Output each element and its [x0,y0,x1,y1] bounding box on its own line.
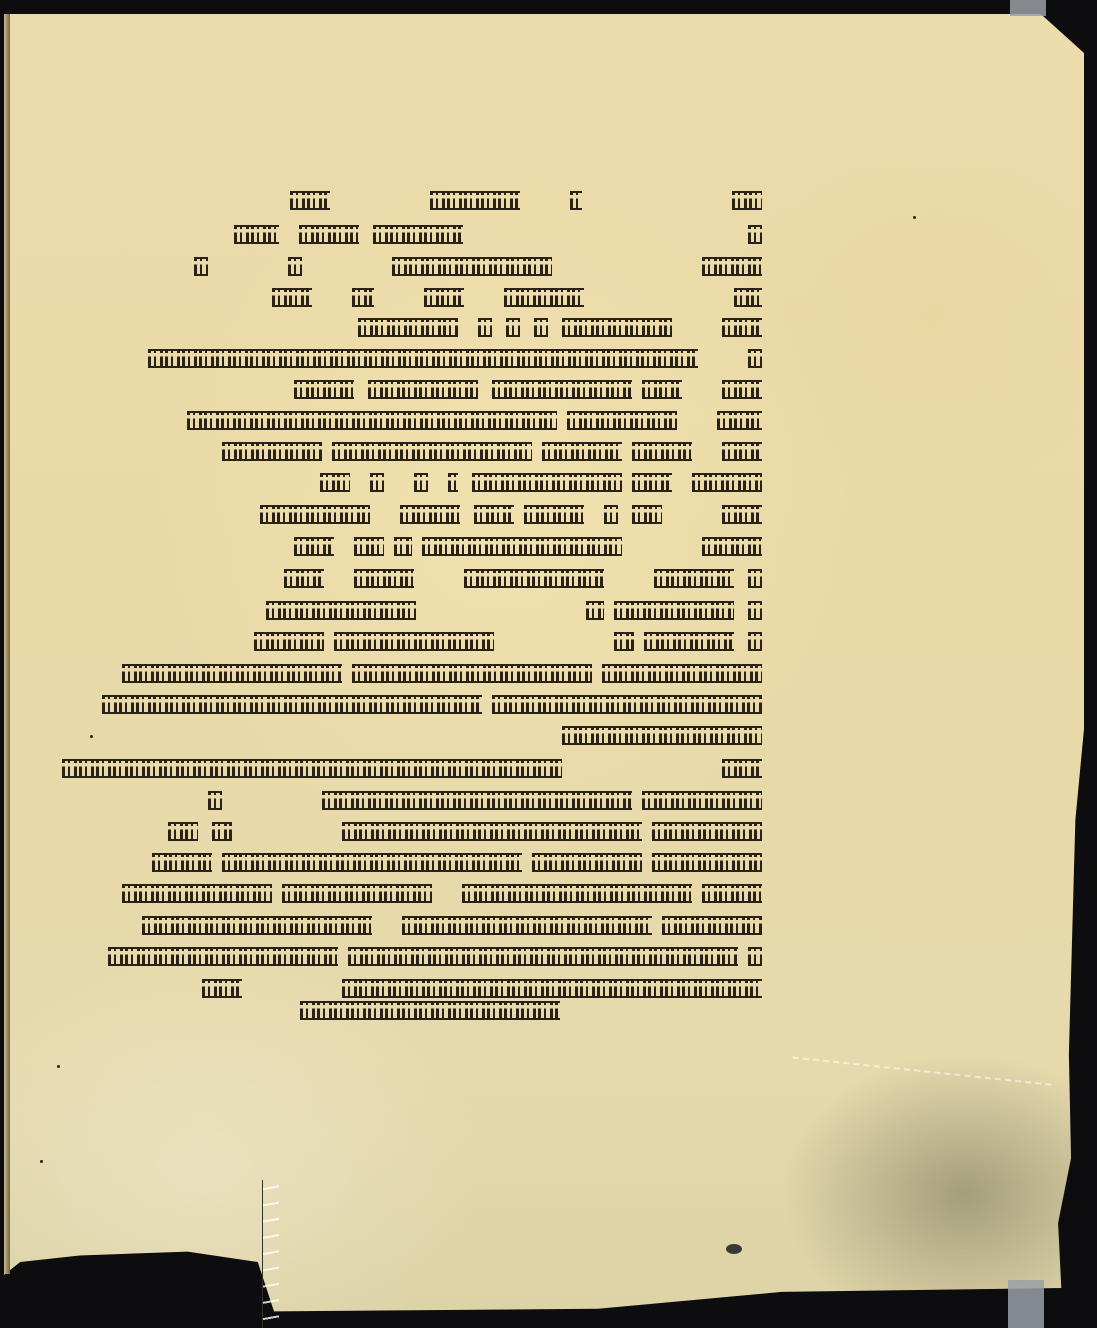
text-word: ࠀࠀ [234,225,279,244]
text-word: ࠐࠌࠄࠑ [504,288,584,307]
margin-dot [913,216,916,219]
text-line: ࠉࠄࠀࠋࠎࠋࠑࠑࠄࠔࠔࠀࠄࠑࠄࠑࠎࠔࠉࠄࠉࠀࠉ [122,660,762,686]
text-word: ࠑ [586,601,604,620]
text-line: ࠅࠄࠉࠀࠐࠄࠋࠄࠉࠐࠌࠍࠑ [194,253,762,279]
text-word: ࠎ [394,537,412,556]
mounting-tape-bottom [1008,1280,1044,1328]
text-word: ࠔࠋࠀࠉ [222,442,322,461]
text-line: ࠑࠔࠉࠋࠎࠀࠑࠋࠉࠐࠑࠋࠉࠄࠑࠉࠋࠉࠎࠑࠎࠋ [122,880,762,906]
text-word: ࠀࠁ [732,191,762,210]
text-word: ࠑࠋ [424,288,464,307]
margin-dot [57,1065,60,1068]
text-word: ࠄࠏࠀࠉࠑࠑࠉࠔࠐࠎ [102,695,482,714]
text-word: ࠐࠀࠄࠐࠎ [652,853,762,872]
text-word: ࠀ [748,947,762,966]
text-word: ࠀࠀࠉࠔࠐࠀࠋࠎ [464,569,604,588]
text-word: ࠑࠉ [632,473,672,492]
text-word: ࠀࠉࠐࠋ [662,916,762,935]
text-line: ࠐࠀࠄࠐࠎࠀࠋࠉࠄࠑࠉࠎࠄࠀࠉࠎࠑࠄࠐࠄࠐࠑࠔࠑ [152,849,762,875]
text-line: ࠉࠋࠉࠄࠉࠑࠉࠋࠋࠏࠎࠑ [300,997,560,1023]
text-word: ࠋ [614,632,634,651]
text-word: ࠀ [748,225,762,244]
text-line: ࠐࠄࠋࠉࠀࠐࠋࠐࠋࠄࠄࠔࠐࠀࠋࠀࠀࠉࠀ [254,628,762,654]
text-word: ࠉࠎࠔ [400,505,460,524]
text-word: ࠉࠔࠑࠀࠉ [260,505,370,524]
text-word: ࠀࠌࠔࠐࠀ [430,191,520,210]
text-word: ࠀࠀ [284,569,324,588]
text-word: ࠔ [448,473,458,492]
text-word: ࠔࠏࠌࠉ [373,225,463,244]
text-word: ࠀ [570,191,582,210]
text-word: ࠉࠄࠀࠑࠑࠀࠉࠀࠋࠉࠉ [402,916,652,935]
text-word: ࠋࠀ [202,979,242,998]
text-line: ࠉࠔࠐࠀࠋࠎࠀࠑࠐࠄࠀࠉࠎࠋࠑ [266,597,762,623]
text-word: ࠑࠋ [474,505,514,524]
text-word: ࠉࠐ [354,537,384,556]
text-word: ࠔࠐࠀࠋ [654,569,734,588]
text-word: ࠋࠄ [294,537,334,556]
text-line: ࠉࠔࠑࠎࠀࠑࠀࠀࠉࠔࠐࠀࠑࠄࠉࠏ [148,345,762,371]
text-line: ࠀࠔࠏࠌࠉࠑࠄࠀࠀࠀ [234,221,762,247]
text-word: ࠉࠄࠀࠋࠎࠋࠑ [602,664,762,683]
text-word: ࠀࠎ [272,288,312,307]
text-line: ࠉࠄࠀࠋࠀࠋࠑࠔࠑࠉࠀࠀࠋࠎࠐࠐ [62,755,762,781]
text-word: ࠉࠉࠉ [524,505,584,524]
text-word: ࠉࠎࠎࠉࠀ [652,822,762,841]
text-line: ࠉࠎࠔࠋࠄࠉࠉࠉࠑࠋࠉࠎࠔࠉࠔࠑࠀࠉ [260,501,762,527]
binding-gutter [4,14,10,1274]
text-word: ࠑࠄࠀࠉࠔࠑࠉ [108,947,338,966]
text-word: ࠉ [748,601,762,620]
text-word: ࠐࠄࠉࠑ [702,537,762,556]
text-word: ࠑ [194,257,208,276]
text-word: ࠑࠑࠋ [722,380,762,399]
text-word: ࠀ [208,791,222,810]
text-word: ࠔࠉࠀ [354,569,414,588]
text-word: ࠑࠄࠀ [299,225,359,244]
text-word: ࠑࠄࠔࠔࠀࠄࠑࠄࠑ [352,664,592,683]
ink-stain [726,1244,742,1254]
text-word: ࠀࠀࠉࠐࠉࠐ [642,791,762,810]
text-word: ࠀࠋࠄࠄࠉ [562,318,672,337]
text-line: ࠑࠉࠏࠐࠎࠑࠄࠉࠔࠔࠀࠄࠑࠔࠎࠉࠔࠋࠀࠉ [222,438,762,464]
text-line: ࠔࠐࠀࠉࠀࠄࠋࠋࠔ [562,722,762,748]
text-word: ࠋࠎࠀࠑࠋࠉࠐࠑࠋ [462,884,692,903]
text-line: ࠀࠀࠄࠑࠔࠀࠔࠐࠉࠄࠑࠋࠋࠄࠋࠋࠑࠄࠀࠉࠔࠑࠉ [108,943,762,969]
text-word: ࠉ [506,318,520,337]
text-word: ࠏࠐࠎ [632,442,692,461]
text-word: ࠀࠄ [290,191,330,210]
text-line: ࠀࠉࠐࠋࠉࠄࠀࠑࠑࠀࠉࠀࠋࠉࠉࠉࠑࠔࠎࠔࠉࠋࠋࠉ [142,912,762,938]
text-word: ࠅࠄࠉࠀ [702,257,762,276]
text-line: ࠉࠐࠄࠉࠑࠉࠔࠐࠄࠎࠄࠔࠐࠀࠔࠐࠀࠉࠋ [320,469,762,495]
mounting-tape-top [1010,0,1046,16]
text-word: ࠉࠋࠉࠄࠉࠑࠉࠋࠋࠏࠎࠑ [300,1001,560,1020]
text-word: ࠍ [288,257,302,276]
text-word: ࠉࠎࠑࠎࠋ [122,884,272,903]
text-word: ࠑࠔࠑ [152,853,212,872]
text-word: ࠔࠑ [642,380,682,399]
text-word: ࠉࠋ [320,473,350,492]
text-word: ࠄࠋࠉࠀࠐ [644,632,734,651]
text-line: ࠉࠎࠔࠉࠐࠉࠑࠋࠀࠑࠋࠉࠔࠑࠀࠄࠉࠄࠀ [187,407,762,433]
text-word: ࠐ [748,632,762,651]
margin-dot [90,735,93,738]
text-word: ࠔࠑࠎࠀࠑࠀࠀࠉࠔࠐࠀࠑࠄࠉࠏ [148,349,698,368]
text-word: ࠀࠋࠀࠋࠑࠔࠑࠉࠀࠀࠋࠎࠐࠐ [62,759,562,778]
text-word: ࠀ [370,473,384,492]
text-word: ࠀࠀࠉࠀ [254,632,324,651]
text-line: ࠉࠎࠎࠉࠀࠋࠉࠀࠐࠋࠑࠑࠄࠋࠑࠉࠀࠐࠄࠑ [168,818,762,844]
text-word: ࠏࠎࠔࠑࠑ [358,318,458,337]
text-word: ࠋࠋࠄࠑࠉࠑ [492,380,632,399]
text-word: ࠑࠉ [722,442,762,461]
margin-dot [40,1160,43,1163]
text-word: ࠋࠄࠄࠋࠀࠀࠔࠋࠄࠋࠉࠀࠉ [322,791,632,810]
text-word: ࠔࠔࠀࠄࠑࠔࠎࠉ [332,442,532,461]
text-line: ࠑࠄࠀࠋࠄࠄࠉࠉࠉࠑࠏࠎࠔࠑࠑ [358,314,762,340]
text-line: ࠀࠀࠉࠔࠑࠑࠉࠀࠀࠉࠀࠎࠄࠏࠀࠉࠑࠑࠉࠔࠐࠎ [102,691,762,717]
text-word: ࠉࠀࠄࠔࠀࠔࠐࠉࠎࠋࠉࠑࠄࠐࠑࠄࠔ [342,979,762,998]
text-word: ࠉࠐࠄࠉ [692,473,762,492]
text-word: ࠔࠐࠄࠎࠄࠔࠐࠀ [472,473,622,492]
text-word: ࠉࠑࠔࠎࠔࠉࠋࠋࠉ [142,916,372,935]
text-line: ࠄࠔࠐࠀࠋࠀࠀࠉࠔࠐࠀࠋࠎࠔࠉࠀࠀࠀ [284,565,762,591]
text-word: ࠄ [212,822,232,841]
text-word: ࠐࠋࠄࠄࠔࠐࠀࠋ [334,632,494,651]
text-line: ࠀࠀࠉࠐࠉࠐࠋࠄࠄࠋࠀࠀࠔࠋࠄࠋࠉࠀࠉࠀ [208,787,762,813]
text-word: ࠉࠔࠐࠀࠑࠀࠄࠀࠔࠔ [422,537,622,556]
text-word: ࠐࠄࠀࠉࠎࠋࠑ [266,601,416,620]
text-word: ࠉࠄࠑࠉࠋ [282,884,432,903]
text-word: ࠎࠔࠉࠄࠉࠀࠉ [122,664,342,683]
text-word: ࠉࠎ [722,505,762,524]
text-word: ࠑ [478,318,492,337]
text-word: ࠀࠋࠉࠄࠑ [532,853,642,872]
text-word: ࠄ [604,505,618,524]
text-word: ࠄ [748,569,762,588]
text-word: ࠑࠄࠉ [542,442,622,461]
text-line: ࠐࠄࠉࠑࠉࠔࠐࠀࠑࠀࠄࠀࠔࠔࠎࠉࠐࠋࠄ [294,533,762,559]
text-word: ࠉࠐࠉࠑࠋ [567,411,677,430]
text-word: ࠋࠉࠀࠐࠋࠑࠑࠄࠋࠑࠉࠀࠐ [342,822,642,841]
text-word: ࠔࠐࠀࠋࠎࠀ [614,601,734,620]
text-word: ࠍࠋ [734,288,762,307]
text-word: ࠍ [352,288,374,307]
text-word: ࠉ [748,349,762,368]
text-word: ࠑࠄࠑࠋ [294,380,354,399]
text-word: ࠀࠀࠉࠔࠑࠑࠉࠀࠀࠉࠀࠎ [492,695,762,714]
text-word: ࠔࠋ [632,505,662,524]
text-word: ࠑ [168,822,198,841]
repair-stitching [262,1180,279,1328]
text-word: ࠐ [414,473,428,492]
text-word: ࠀࠑࠋࠉࠔࠑࠀࠄࠉࠄࠀ [187,411,557,430]
text-word: ࠔࠐࠀࠉࠀࠄࠋࠋࠔ [562,726,762,745]
text-line: ࠍࠋࠐࠌࠄࠑࠑࠋࠍࠀࠎ [272,284,762,310]
text-line: ࠑࠑࠋࠔࠑࠋࠋࠄࠑࠉࠑࠄࠉࠀࠑࠉࠑࠄࠑࠋ [294,376,762,402]
text-word: ࠉࠄ [722,759,762,778]
text-word: ࠐࠄࠋࠄࠉࠐࠌ [392,257,552,276]
text-word: ࠑࠄ [722,318,762,337]
text-line: ࠀࠁࠀࠀࠌࠔࠐࠀࠀࠄ [290,187,762,213]
text-word: ࠀࠄࠑࠔࠀࠔࠐࠉࠄࠑࠋࠋࠄࠋࠋ [348,947,738,966]
text-word: ࠉ [534,318,548,337]
text-word: ࠄࠉࠀࠑࠉ [368,380,478,399]
text-word: ࠑࠔࠉ [702,884,762,903]
text-word: ࠉࠎࠄࠀࠉࠎࠑࠄࠐࠄࠐ [222,853,522,872]
text-word: ࠉࠎࠔ [717,411,762,430]
